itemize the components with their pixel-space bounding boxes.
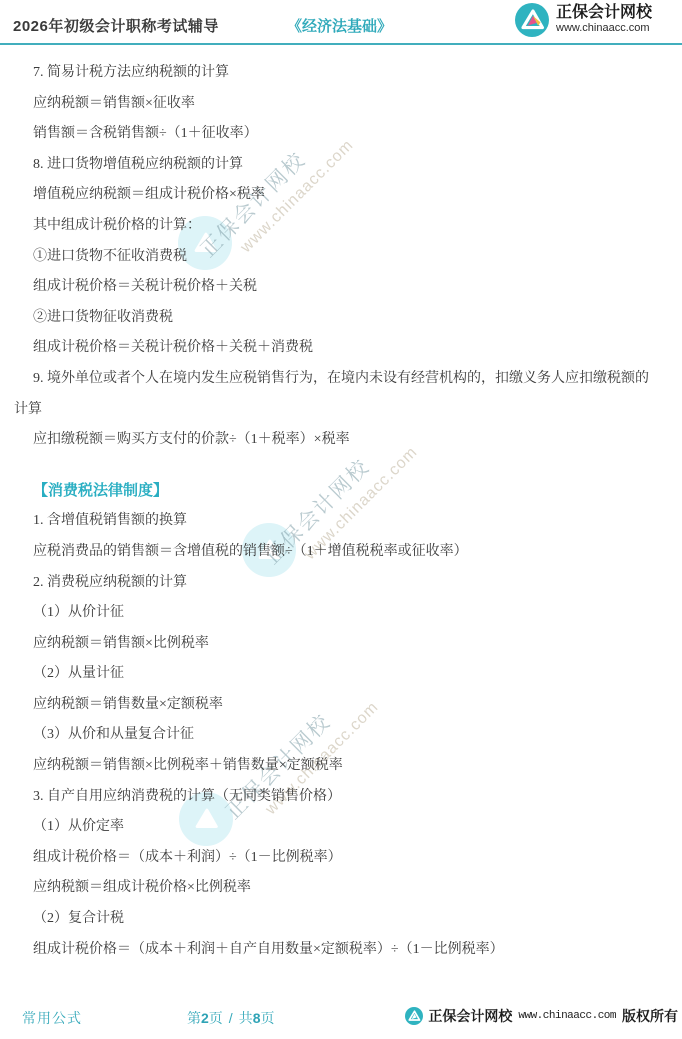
formula-line: 应纳税额＝销售数量×定额税率 [14,690,652,721]
footer-brand-logo-icon [405,1007,423,1025]
footer-section-label: 常用公式 [22,1008,82,1028]
footer-copyright: 正保会计网校 www.chinaacc.com 版权所有 [405,1006,678,1026]
footer-brand-url: www.chinaacc.com [518,1010,616,1022]
footer-page-indicator: 第2页/共8页 [187,1008,274,1028]
page-footer: 常用公式 第2页/共8页 正保会计网校 www.chinaacc.com 版权所… [0,998,682,1039]
page-header: 2026年初级会计职称考试辅导 《经济法基础》 正保会计网校 www.china… [0,0,682,45]
formula-line: 9. 境外单位或者个人在境内发生应税销售行为，在境内未设有经营机构的，扣缴义务人… [14,364,652,425]
formula-line: （1）从价计征 [14,598,652,629]
formula-line: ①进口货物不征收消费税 [14,242,652,273]
page-current-suffix: 页 [209,1010,223,1026]
formula-line: （2）从量计征 [14,659,652,690]
page-total-suffix: 页 [260,1010,274,1026]
formula-line: 3. 自产自用应纳消费税的计算（无同类销售价格） [14,782,652,813]
page-separator: / [229,1010,233,1026]
formula-line: （3）从价和从量复合计征 [14,720,652,751]
formula-line: 其中组成计税价格的计算： [14,211,652,242]
formula-line: 应纳税额＝销售额×征收率 [14,89,652,120]
formula-line: 组成计税价格＝关税计税价格＋关税＋消费税 [14,333,652,364]
brand-block: 正保会计网校 www.chinaacc.com [515,3,652,37]
footer-rights-text: 版权所有 [622,1006,678,1026]
formula-line: 7. 简易计税方法应纳税额的计算 [14,58,652,89]
course-title: 2026年初级会计职称考试辅导 [13,15,219,36]
formula-line: 组成计税价格＝关税计税价格＋关税 [14,272,652,303]
formula-line: 销售额＝含税销售额÷（1＋征收率） [14,119,652,150]
formula-line: 应纳税额＝组成计税价格×比例税率 [14,873,652,904]
page-current-prefix: 第 [187,1010,201,1026]
formula-line: 应扣缴税额＝购买方支付的价款÷（1＋税率）×税率 [14,425,652,456]
formula-line: ②进口货物征收消费税 [14,303,652,334]
formula-line: 组成计税价格＝（成本＋利润）÷（1－比例税率） [14,843,652,874]
page-current-number: 2 [201,1010,209,1026]
formula-line: 应纳税额＝销售额×比例税率 [14,629,652,660]
formula-line: 增值税应纳税额＝组成计税价格×税率 [14,180,652,211]
formula-line: 应纳税额＝销售额×比例税率＋销售数量×定额税率 [14,751,652,782]
brand-name: 正保会计网校 [556,3,652,22]
formula-line: 1. 含增值税销售额的换算 [14,506,652,537]
brand-url: www.chinaacc.com [556,22,652,34]
subject-title: 《经济法基础》 [287,15,392,36]
formula-line: （2）复合计税 [14,904,652,935]
formula-line: 应税消费品的销售额＝含增值税的销售额÷（1＋增值税税率或征收率） [14,537,652,568]
formula-line: 组成计税价格＝（成本＋利润＋自产自用数量×定额税率）÷（1－比例税率） [14,935,652,966]
formula-line: 2. 消费税应纳税额的计算 [14,568,652,599]
formula-line: （1）从价定率 [14,812,652,843]
page-total-prefix: 共 [239,1010,253,1026]
footer-brand-name: 正保会计网校 [428,1006,512,1026]
document-body: 7. 简易计税方法应纳税额的计算应纳税额＝销售额×征收率销售额＝含税销售额÷（1… [0,58,682,965]
brand-logo-icon [515,3,549,37]
section-heading: 【消费税法律制度】 [14,476,652,507]
formula-line: 8. 进口货物增值税应纳税额的计算 [14,150,652,181]
